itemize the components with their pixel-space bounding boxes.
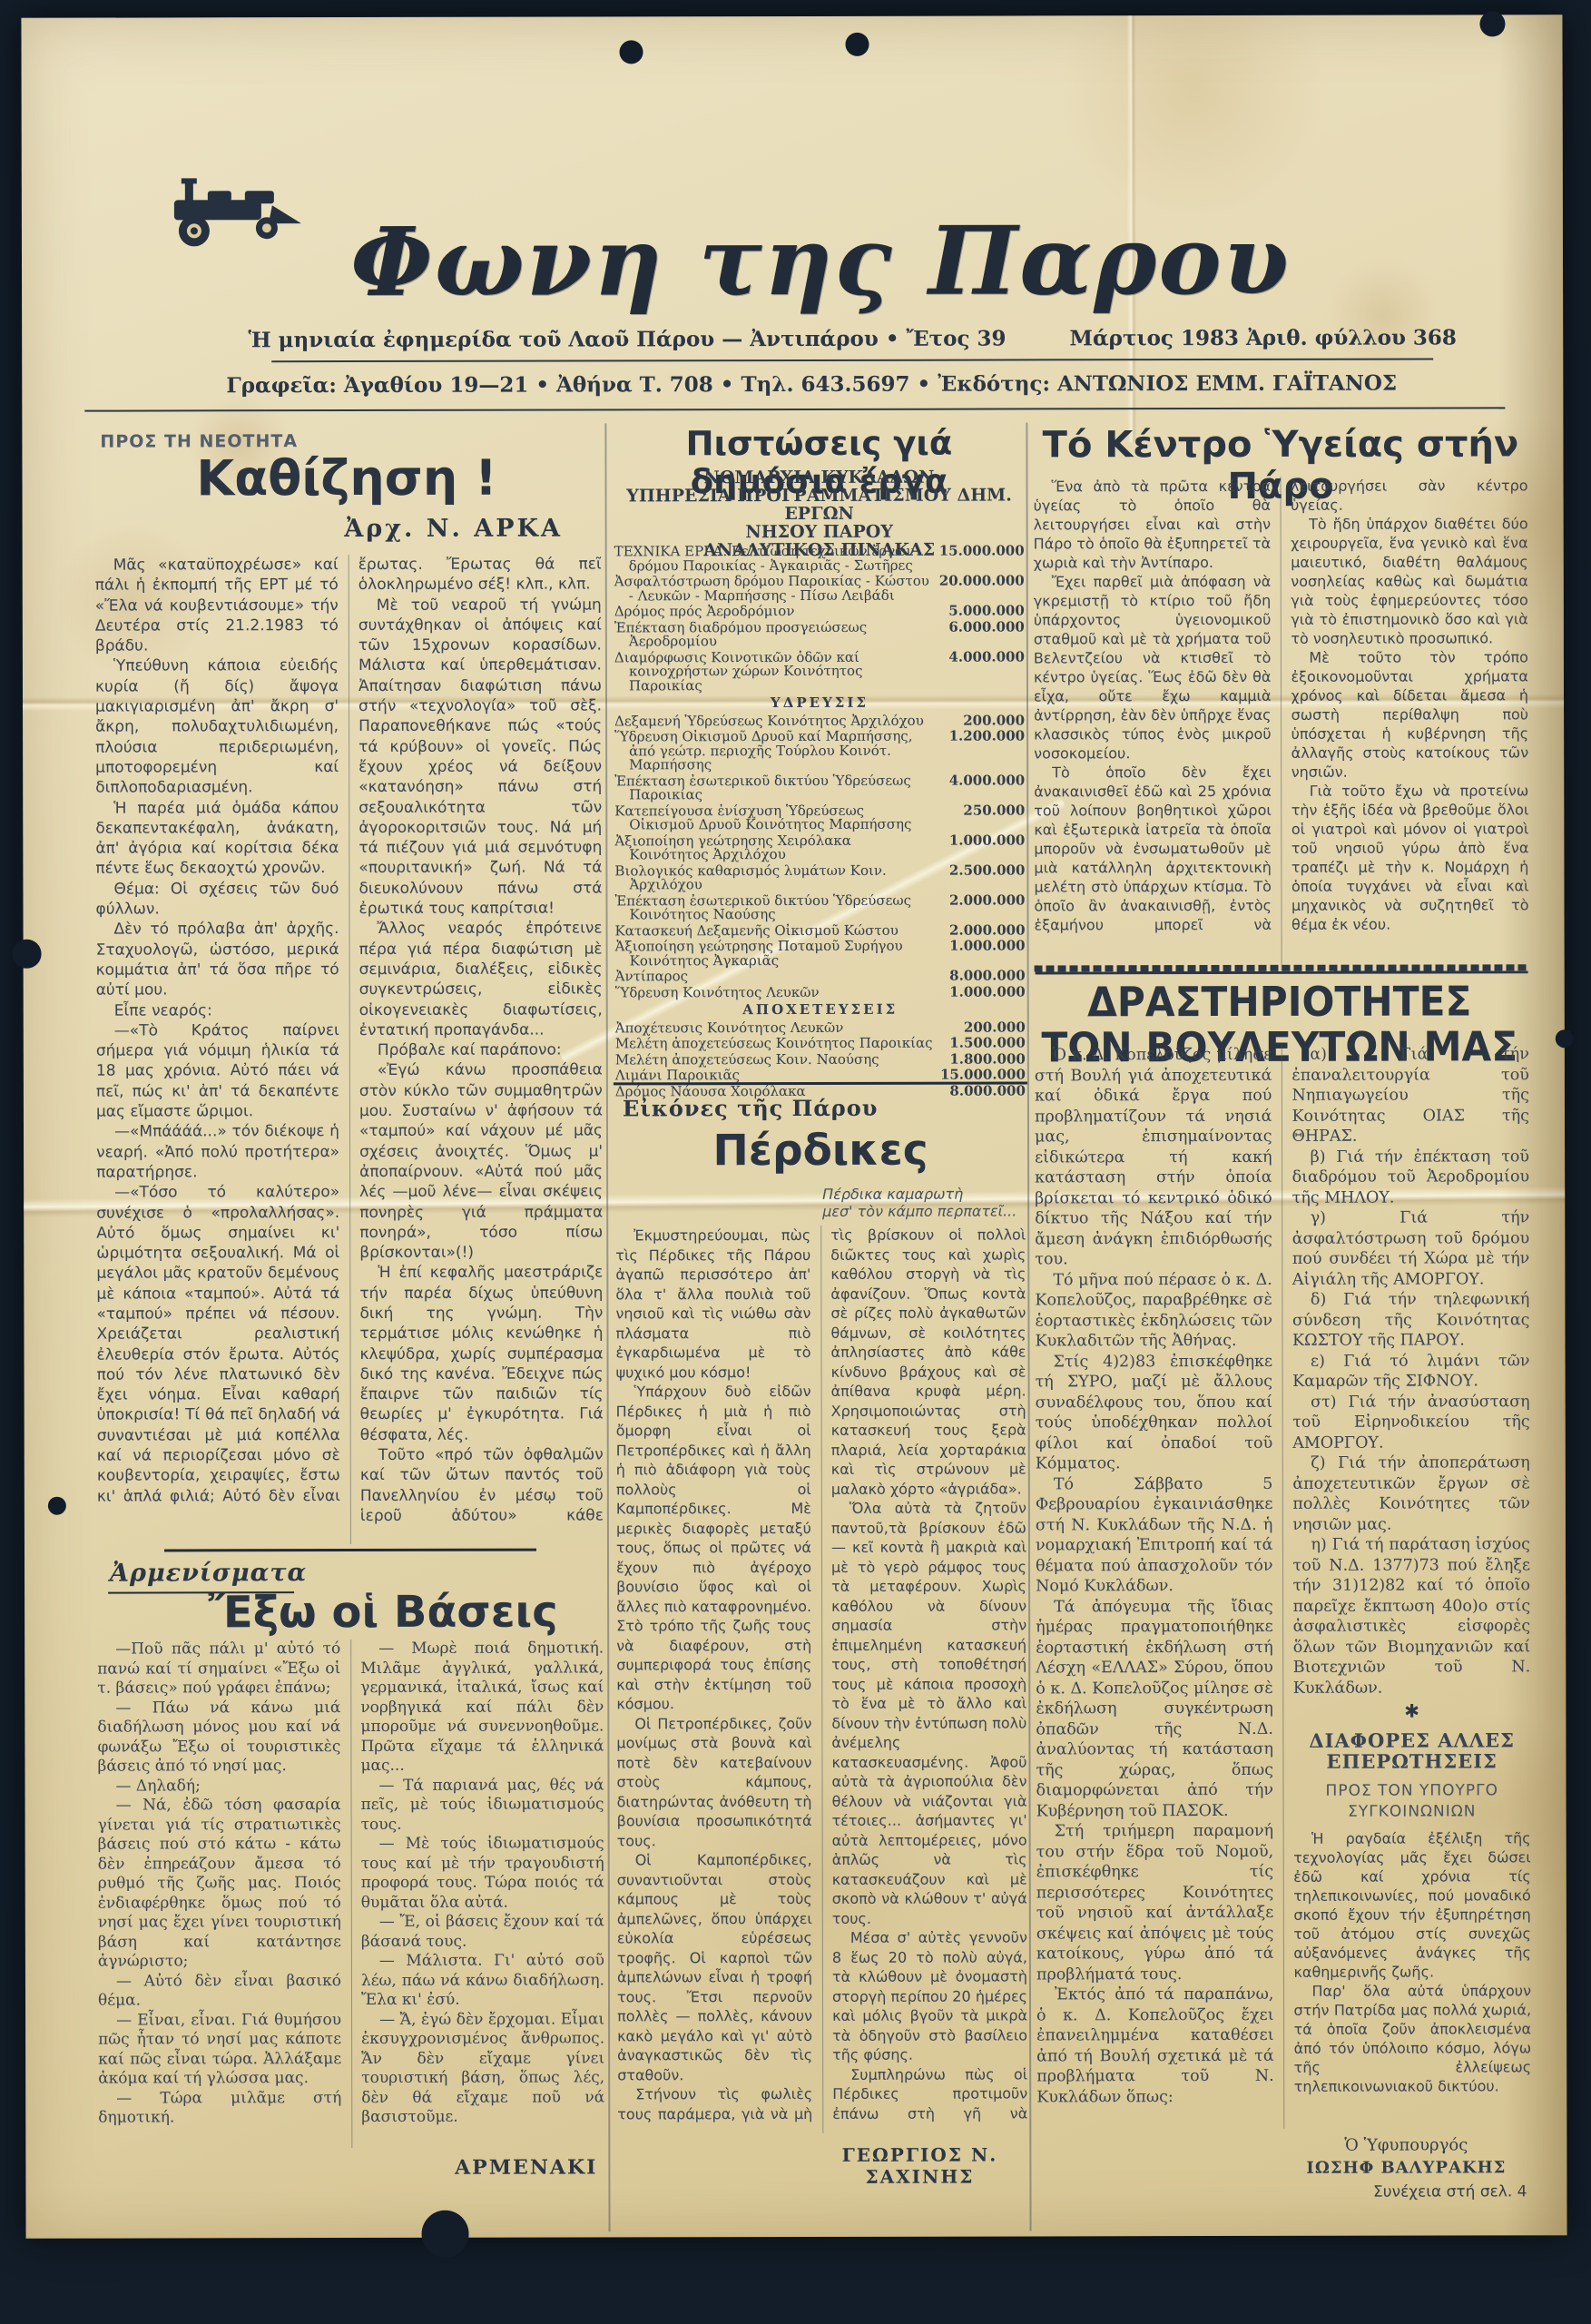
epigraph-line: μεσ' τὸν κάμπο περπατεῖ... (822, 1202, 1026, 1219)
paragraph: ΔΙΑΦΟΡΕΣ ΑΛΛΕΣ ΕΠΕΡΩΤΗΣΕΙΣ (1293, 1730, 1531, 1772)
dialogue-line: — Δηλαδή; (97, 1777, 340, 1797)
paragraph: ζ) Γιά τήν ἀποπεράτωση ἀποχετευτικῶν ἔργ… (1292, 1452, 1530, 1535)
row-amount: 15.000.000 (938, 1068, 1026, 1082)
row-label: Ἐπέκταση ἐσωτερικοῦ δικτύου Ὑδρεύσεως Πα… (614, 773, 938, 803)
paragraph: Μὲ τοῦ νεαροῦ τή γνώμη συντάχθηκαν οἱ ἀπ… (358, 595, 603, 919)
closing-name: ΙΩΣΗΦ ΒΑΛΥΡΑΚΗΣ (1285, 2158, 1527, 2178)
table-row: Διαμόρφωσις Κοινοτικῶν ὁδῶν καί κοινοχρή… (614, 650, 1025, 693)
row-amount: 1.000.000 (938, 985, 1026, 1000)
table-row: Ἀσφαλτόστρωση δρόμου Παροικίας - Κώστου … (614, 574, 1025, 603)
closing-role: Ὁ Ὑφυπουργός (1285, 2135, 1527, 2155)
article-byline: Ἀρχ. Ν. ΑΡΚΑ (313, 514, 594, 543)
row-amount: 2.500.000 (938, 863, 1025, 891)
table-row: Ἀξιοποίηση γεώτρησης Ποταμοῦ Συρήγου Κοι… (615, 939, 1026, 968)
closing-block: Ὁ Ὑφυπουργός ΙΩΣΗΦ ΒΑΛΥΡΑΚΗΣ Συνέχεια στ… (1285, 2135, 1527, 2201)
article-pistoseis: Πιστώσεις γιά δημόσια ἔργα ΝΟΜΑΡΧΙΑ ΚΥΚΛ… (21, 15, 1562, 18)
table-row: Ἐπέκταση ἐσωτερικοῦ δικτύου Ὑδρεύσεως Πα… (614, 773, 1025, 803)
row-label: Ὕδρευση Οἰκισμοῦ Δρυοῦ καί Μαρπήσσης, ἀπ… (614, 730, 938, 773)
row-amount: 1.000.000 (938, 939, 1026, 967)
harvester-logo-icon (158, 167, 312, 253)
punch-hole (13, 940, 42, 969)
table-row: ΑΠΟΧΕΤΕΥΣΕΙΣ (615, 1002, 1026, 1017)
paragraph: Ὅλα αὐτὰ τὰ ζητοῦν παντοῦ,τὰ βρίσκουν ἐδ… (831, 1498, 1027, 1927)
article-signature: ΑΡΜΕΝΑΚΙ (343, 2155, 597, 2180)
paragraph: Εἶπε νεαρός: (96, 1000, 339, 1021)
article-kentro: Τό Κέντρο Ὑγείας στήν Πάρο Ἕνα ἀπὸ τὰ πρ… (21, 15, 1562, 18)
column-kicker: Εἰκόνες τῆς Πάρου (623, 1095, 878, 1122)
article-perdikes: Εἰκόνες τῆς Πάρου Πέρδικες Πέρδικα καμαρ… (21, 15, 1562, 18)
article-body: Μᾶς «καταϋποχρέωσε» καί πάλι ἡ ἐκπομπή τ… (95, 554, 604, 1544)
paragraph: η) Γιά τή παράταση ἰσχύος τοῦ Ν.Δ. 1377)… (1292, 1534, 1530, 1699)
table-row: Ἐπέκταση διαδρόμου προσγειώσεως Ἀεροδρομ… (614, 620, 1025, 649)
row-label: Δρόμος πρός Ἀεροδρόμιον (614, 605, 938, 619)
row-amount: 1.500.000 (938, 1036, 1026, 1050)
paragraph: Ἐκμυστηρεύουμαι, πὼς τὶς Πέρδικες τῆς Πά… (615, 1226, 810, 1382)
table-row: Ὕδρευση Οἰκισμοῦ Δρυοῦ καί Μαρπήσσης, ἀπ… (614, 729, 1025, 772)
row-amount: 200.000 (938, 714, 1025, 728)
paragraph: Οἱ Πετροπέρδικες, ζοῦν μονίμως στὰ βουνὰ… (616, 1713, 811, 1850)
paragraph: Ὑπάρχουν δυὸ εἰδῶν Πέρδικες ἡ μιὰ ἡ πιὸ … (616, 1382, 812, 1714)
table-row: Ἀξιοποίηση γεώτρησης Χειρόλακα Κοινότητο… (614, 833, 1025, 862)
article-body: Ὁ κ. Δ. Κοπελοῦζος μίλησε στή Βουλή γιά … (1035, 1044, 1531, 2129)
row-label: Λιμάνι Παροικιᾶς (615, 1068, 938, 1083)
paragraph: —«Τὸ Κράτος παίρνει σήμερα γιά νόμιμη ἡλ… (96, 1020, 339, 1122)
org-line: ΝΟΜΑΡΧΙΑ ΚΥΚΛΑΔΩΝ (614, 468, 1024, 487)
row-label: Ἀξιοποίηση γεώτρησης Χειρόλακα Κοινότητο… (614, 833, 938, 862)
row-label: Κατεπείγουσα ἐνίσχυση Ὑδρεύσεως Οἰκισμοῦ… (614, 803, 938, 832)
row-label: Δεξαμενή Ὑδρεύσεως Κοινότητος Ἀρχιλόχου (614, 714, 938, 728)
org-line: ΥΠΗΡΕΣΙΑ ΠΡΟΓΡΑΜΜΑΤΙΣΜΟΥ ΔΗΜ. ΕΡΓΩΝ (614, 486, 1025, 523)
edge-nick (1556, 1029, 1574, 1048)
paragraph: β) Γιά τήν ἐπέκταση τοῦ διαδρόμου τοῦ Ἀε… (1292, 1147, 1530, 1208)
newspaper-title: Φωνη της Παρου (294, 212, 1347, 309)
table-row: Κατεπείγουσα ἐνίσχυση Ὑδρεύσεως Οἰκισμοῦ… (614, 803, 1025, 832)
row-amount: 15.000.000 (938, 544, 1025, 572)
paragraph: Μὲ τοῦτο τὸν τρόπο ἐξοικονομοῦνται χρήμα… (1291, 647, 1528, 782)
row-amount: 1.800.000 (938, 1052, 1026, 1067)
punch-hole (1479, 11, 1505, 36)
row-label: Ἐπέκταση διαδρόμου προσγειώσεως Ἀεροδρομ… (614, 620, 938, 649)
article-vouleftes: ΔΡΑΣΤΗΡΙΟΤΗΤΕΣ ΤΩΝ ΒΟΥΛΕΥΤΩΝ ΜΑΣ Ὁ κ. Δ.… (21, 15, 1562, 18)
paragraph: Τὸ ἤδη ὑπάρχον διαθέτει δύο χειρουργεῖα,… (1291, 514, 1528, 648)
row-amount: 8.000.000 (938, 969, 1026, 983)
row-amount: 6.000.000 (938, 620, 1025, 648)
table-row: ΤΕΧΝΙΚΑ ΕΡΓΑ. Βελτίωση τεχνικῶν ἔργων δρ… (614, 544, 1025, 573)
paragraph: Ἔχει παρθεῖ μιὰ ἀπόφαση νὰ γκρεμιστῇ τὸ … (1034, 572, 1272, 763)
continuation-note: Συνέχεια στή σελ. 4 (1285, 2182, 1527, 2201)
row-label: ΑΠΟΧΕΤΕΥΣΕΙΣ (742, 1003, 898, 1018)
row-label: Διαμόρφωσις Κοινοτικῶν ὁδῶν καί κοινοχρή… (614, 650, 938, 693)
dialogue-line: — Μωρὲ ποιά δημοτική. Μιλᾶμε ἀγγλικά, γα… (360, 1639, 604, 1776)
table-row: ΥΔΡΕΥΣΙΣ (614, 695, 1025, 710)
paragraph: γ) Γιά τήν ἀσφαλτόστρωση τοῦ δρόμου πού … (1292, 1207, 1530, 1290)
dialogue-line: — Τώρα μιλᾶμε στή δημοτική. (98, 2089, 341, 2129)
table-row: Δρόμος πρός Ἀεροδρόμιον 5.000.000 (614, 604, 1025, 618)
table-row: Κατασκευή Δεξαμενῆς Οἰκισμοῦ Κώστου 2.00… (615, 923, 1026, 938)
dialogue-line: — Νά, ἐδῶ τόση φασαρία γίνεται γιά τίς σ… (98, 1796, 341, 1972)
row-amount: 250.000 (938, 803, 1025, 832)
paragraph: Ἡ ραγδαία ἐξέλιξη τῆς τεχνολογίας μᾶς ἔχ… (1293, 1828, 1531, 1982)
row-label: Βιολογικός καθαρισμός λυμάτων Κοιν. Ἀρχι… (614, 863, 938, 892)
row-amount: 20.000.000 (938, 574, 1025, 602)
punch-hole (619, 40, 643, 64)
paragraph: «Ἐγώ κάνω προσπάθεια στὸν κύκλο τῶν συμμ… (359, 1060, 603, 1264)
dialogue-line: — Πάω νά κάνω μιά διαδήλωση μόνος μου κα… (97, 1699, 340, 1777)
paragraph: Τό μῆνα πού πέρασε ὁ κ. Δ. Κοπελοῦζος, π… (1035, 1269, 1272, 1352)
masthead-offices: Γραφεῖα: Ἀγαθίου 19—21 • Ἀθήνα Τ. 708 • … (122, 370, 1501, 398)
row-amount: 8.000.000 (938, 1084, 1026, 1098)
table-row: Λιμάνι Παροικιᾶς 15.000.000 (615, 1068, 1026, 1082)
paragraph: Παρ' ὅλα αὐτά ὑπάρχουν στήν Πατρίδα μας … (1293, 1981, 1531, 2096)
row-amount: 1.200.000 (938, 729, 1025, 772)
row-label: ΥΔΡΕΥΣΙΣ (771, 696, 869, 711)
row-amount: 4.000.000 (938, 773, 1025, 802)
paragraph: Οἱ Καμποπέρδικες, συναντιοῦνται στοὺς κά… (617, 1850, 813, 2084)
subtitle-text: Ἡ μηνιαία ἐφημερίδα τοῦ Λαοῦ Πάρου — Ἀντ… (248, 327, 1006, 353)
table-row: Ἐπέκταση ἐσωτερικοῦ δικτύου Ὑδρεύσεως Κο… (614, 893, 1025, 922)
org-line: ΝΗΣΟΥ ΠΑΡΟΥ (614, 522, 1025, 541)
row-label: Ἀξιοποίηση γεώτρησης Ποταμοῦ Συρήγου Κοι… (615, 940, 938, 969)
row-amount: 4.000.000 (938, 650, 1025, 693)
row-label: Κατασκευή Δεξαμενῆς Οἰκισμοῦ Κώστου (615, 923, 938, 938)
table-row: Δεξαμενή Ὑδρεύσεως Κοινότητος Ἀρχιλόχου … (614, 714, 1025, 728)
column-separator-left (604, 423, 610, 2231)
section-rule (164, 1549, 536, 1552)
paragraph: στ) Γιά τήν ἀνασύσταση τοῦ Εἰρηνοδικείου… (1292, 1392, 1530, 1453)
paragraph: Ἡ ἐπί κεφαλῆς μαεστράριζε τήν παρέα δίχω… (359, 1263, 603, 1445)
paragraph: Στή τριήμερη παραμονή του στήν ἕδρα τοῦ … (1036, 1821, 1274, 1985)
masthead: Φωνη της Παρου Ἡ μηνιαία ἐφημερίδα τοῦ Λ… (21, 15, 1562, 18)
paragraph: Ἄλλος νεαρός ἐπρότεινε πέρα γιά πέρα δια… (359, 919, 603, 1040)
paragraph: ΠΡΟΣ ΤΟΝ ΥΠΟΥΡΓΟ ΣΥΓΚΟΙΝΩΝΙΩΝ (1293, 1780, 1531, 1822)
paragraph: Ὑπεύθυνη κάποια εὐειδής κυρία (ἤ δίς) ἄψ… (95, 656, 339, 799)
paragraph: ε) Γιά τό λιμάνι τῶν Καμαρῶν τῆς ΣΙΦΝΟΥ. (1292, 1351, 1530, 1393)
punch-hole (845, 33, 869, 56)
article-headline: Καθίζηση ! (94, 450, 598, 506)
paragraph: δ) Γιά τήν τηλεφωνική σύνδεση τῆς Κοινότ… (1292, 1289, 1530, 1351)
row-amount: 2.000.000 (938, 893, 1025, 921)
paragraph: Μέσα σ' αὐτὲς γεννοῦν 8 ἕως 20 τὸ πολὺ α… (832, 1927, 1027, 2064)
punch-hole (48, 1497, 66, 1515)
article-vaseis: Ἀρμενίσματα Ἔξω οἱ Βάσεις —Ποῦ πᾶς πάλι … (21, 15, 1562, 18)
table-row: Ὕδρευση Κοινότητος Λευκῶν 1.000.000 (615, 985, 1026, 1000)
row-label: ΤΕΧΝΙΚΑ ΕΡΓΑ. Βελτίωση τεχνικῶν ἔργων δρ… (614, 545, 938, 574)
paragraph: Ὁ κ. Δ. Κοπελοῦζος μίλησε στή Βουλή γιά … (1035, 1045, 1272, 1270)
row-label: Ἐπέκταση ἐσωτερικοῦ δικτύου Ὑδρεύσεως Κο… (614, 893, 938, 922)
paragraph: Θέμα: Οἱ σχέσεις τῶν δυό φύλλων. (95, 879, 339, 920)
paragraph: Γιὰ τοῦτο ἔχω νὰ προτείνω τὴν ἑξῆς ἰδέα … (1291, 781, 1529, 934)
table-row: Μελέτη ἀποχετεύσεως Κοινότητος Παροικίας… (615, 1036, 1026, 1050)
epigraph: Πέρδικα καμαρωτὴμεσ' τὸν κάμπο περπατεῖ.… (822, 1185, 1026, 1219)
row-label: Ἀντίπαρος (615, 970, 938, 984)
dialogue-line: — Τά παριανά μας, θές νά πεῖς, μὲ τούς ἰ… (360, 1776, 604, 1835)
article-signature: ΓΕΩΡΓΙΟΣ Ν. ΣΑΧΙΝΗΣ (806, 2143, 1033, 2188)
row-amount: 5.000.000 (938, 604, 1025, 618)
row-amount: 2.000.000 (938, 923, 1026, 938)
dialogue-line: —Ποῦ πᾶς πάλι μ' αὐτό τό πανώ καί τί σημ… (97, 1640, 340, 1699)
paragraph: Τό Σάββατο 5 Φεβρουαρίου ἐγκαινιάσθηκε σ… (1036, 1473, 1273, 1597)
newspaper-sheet: Φωνη της Παρου Ἡ μηνιαία ἐφημερίδα τοῦ Λ… (21, 15, 1566, 2239)
tear-notch (421, 2211, 468, 2258)
article-headline: Ἔξω οἱ Βάσεις (161, 1587, 605, 1637)
table-row: Μελέτη ἀποχετεύσεως Κοιν. Ναούσης 1.800.… (615, 1052, 1026, 1067)
article-body: Ἐκμυστηρεύουμαι, πὼς τὶς Πέρδικες τῆς Πά… (615, 1225, 1027, 2133)
row-label: Ὕδρευση Κοινότητος Λευκῶν (615, 985, 938, 1000)
masthead-rule-top (271, 359, 1433, 363)
masthead-subtitle: Ἡ μηνιαία ἐφημερίδα τοῦ Λαοῦ Πάρου — Ἀντ… (276, 326, 1429, 353)
dialogue-line: — Μάλιστα. Γι' αὐτό σοῦ λέω, πάω νά κάνω… (361, 1951, 604, 2010)
row-label: Μελέτη ἀποχετεύσεως Κοινότητος Παροικίας (615, 1037, 938, 1051)
paragraph: Τά ἀπόγευμα τῆς ἴδιας ἡμέρας πραγματοποι… (1036, 1596, 1273, 1821)
paragraph: ✱ (1293, 1698, 1531, 1724)
row-label: Ἀποχέτευσις Κοινότητος Λευκῶν (615, 1020, 938, 1035)
issue-info: Μάρτιος 1983 Ἀριθ. φύλλου 368 (1069, 325, 1456, 350)
paragraph: Ἐκτός ἀπό τά παραπάνω, ὁ κ. Δ. Κοπελοῦζο… (1036, 1984, 1274, 2108)
dialogue-line: — Μὲ τούς ἰδιωματισμούς τους καί μὲ τήν … (361, 1834, 604, 1913)
table-row: Ἀποχέτευσις Κοινότητος Λευκῶν 200.000 (615, 1020, 1026, 1035)
epigraph-line: Πέρδικα καμαρωτὴ (822, 1185, 1026, 1202)
dialogue-line: — Εἶναι, εἶναι. Γιά θυμήσου πῶς ἦταν τό … (98, 2011, 341, 2090)
row-label: Ἀσφαλτόστρωση δρόμου Παροικίας - Κώστου … (614, 575, 938, 604)
credits-table: ΤΕΧΝΙΚΑ ΕΡΓΑ. Βελτίωση τεχνικῶν ἔργων δρ… (614, 542, 1026, 1100)
row-amount: 1.000.000 (938, 833, 1025, 862)
article-body: —Ποῦ πᾶς πάλι μ' αὐτό τό πανώ καί τί σημ… (97, 1639, 604, 2148)
dialogue-line: — Αὐτό δὲν εἶναι βασικό θέμα. (98, 1972, 341, 2012)
paragraph: Πρόβαλε καί παράπονο: (359, 1040, 603, 1061)
table-row: Βιολογικός καθαρισμός λυμάτων Κοιν. Ἀρχι… (614, 863, 1025, 892)
paragraph: Δὲν τό πρόλαβα ἀπ' ἀρχῆς. Σταχυολογῶ, ὡσ… (96, 919, 339, 1000)
dialogue-line: — Ἔ, οἱ βάσεις ἔχουν καί τά βάσανά τους. (361, 1912, 604, 1952)
paragraph: Ἕνα ἀπὸ τὰ πρῶτα κέντρα ὑγείας τὸ ὁποῖο … (1034, 477, 1272, 573)
paragraph: α) Γιά τήν ἐπαναλειτουργία τοῦ Νηπιαγωγε… (1291, 1044, 1529, 1147)
row-amount: 200.000 (938, 1020, 1026, 1035)
masthead-rule-bottom (84, 407, 1505, 411)
dialogue-line: — Ἄ, ἐγώ δὲν ἔρχομαι. Εἶμαι ἐκσυγχρονισμ… (361, 2010, 604, 2128)
paragraph: —«Μπάάάά...» τόν διέκοψε ἡ νεαρή. «Ἀπό π… (96, 1121, 339, 1182)
article-headline: Πέρδικες (615, 1127, 1026, 1175)
paragraph: Μᾶς «καταϋποχρέωσε» καί πάλι ἡ ἐκπομπή τ… (95, 555, 339, 656)
table-row: Ἀντίπαρος 8.000.000 (615, 969, 1026, 983)
ornamental-divider (1035, 964, 1529, 971)
paragraph: Ἡ παρέα μιά ὁμάδα κάπου δεκαπεντακέφαλη,… (95, 798, 339, 880)
article-body: Ἕνα ἀπὸ τὰ πρῶτα κέντρα ὑγείας τὸ ὁποῖο … (1034, 476, 1529, 971)
row-label: Μελέτη ἀποχετεύσεως Κοιν. Ναούσης (615, 1052, 938, 1067)
paragraph: Στίς 4)2)83 ἐπισκέφθηκε τή ΣΥΡΟ, μαζί μὲ… (1036, 1351, 1273, 1474)
column-kicker: Ἀρμενίσματα (110, 1559, 307, 1587)
scanned-newspaper-page: Φωνη της Παρου Ἡ μηνιαία ἐφημερίδα τοῦ Λ… (0, 0, 1591, 2324)
article-kathizisi: ΠΡΟΣ ΤΗ ΝΕΟΤΗΤΑ Καθίζηση ! Ἀρχ. Ν. ΑΡΚΑ … (21, 15, 1562, 18)
